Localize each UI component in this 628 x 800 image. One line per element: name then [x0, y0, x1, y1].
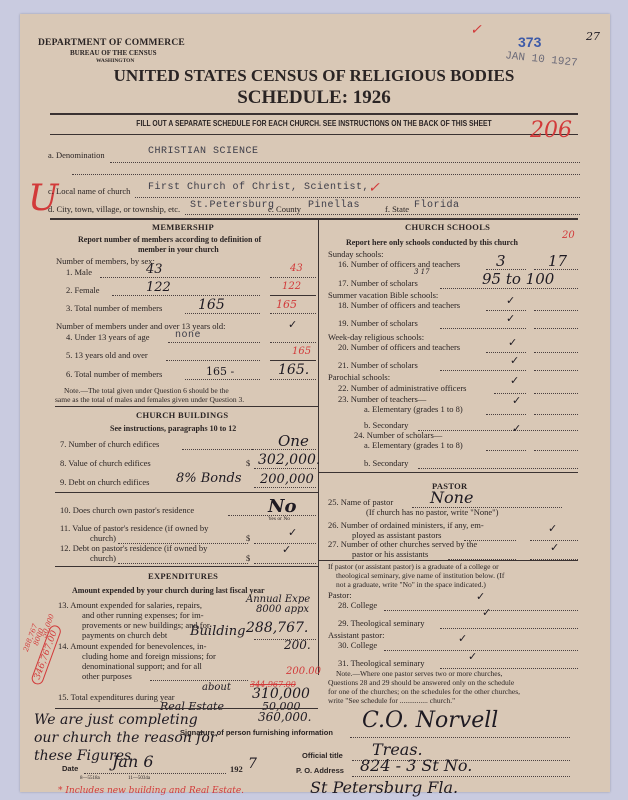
dotted-line — [135, 197, 580, 198]
q4-under13-field[interactable]: none — [175, 330, 201, 341]
address-city-field[interactable]: St Petersburg Fla. — [310, 778, 458, 797]
parochial-schools-label: Parochial schools: — [328, 372, 390, 382]
q4-label: 4. Under 13 years of age — [66, 332, 150, 342]
q16-officers-field[interactable]: 3 — [496, 252, 506, 270]
graduate-instructions-2: theological seminary, give name of insti… — [336, 571, 504, 580]
red-check-icon: ✓ — [368, 180, 380, 196]
dotted-line — [534, 310, 578, 311]
divider — [50, 113, 578, 115]
q29-label: 29. Theological seminary — [338, 618, 424, 628]
dotted-line — [110, 162, 580, 163]
column-divider — [318, 220, 319, 675]
q13-label: 13. Amount expended for salaries, repair… — [58, 600, 202, 610]
dotted-line — [270, 379, 316, 380]
divider — [55, 406, 318, 407]
department-name: DEPARTMENT OF COMMERCE — [38, 38, 185, 48]
pastor-note: Note.—Where one pastor serves two or mor… — [336, 669, 502, 678]
q3-red-check: 165 — [276, 298, 297, 311]
schools-heading: CHURCH SCHOOLS — [405, 222, 490, 232]
dollar-sign: $ — [246, 533, 250, 543]
dotted-line — [534, 352, 578, 353]
divider — [55, 492, 318, 493]
expenditures-sub: Amount expended by your church during la… — [72, 586, 265, 595]
q9-label: 9. Debt on church edifices — [60, 477, 149, 487]
q27-label: 27. Number of other churches served by t… — [328, 539, 477, 549]
q14-amount-field[interactable]: 200. — [284, 638, 311, 652]
check-mark-icon: ✓ — [550, 541, 559, 554]
check-mark-icon: ✓ — [506, 294, 515, 307]
dotted-line — [166, 360, 260, 361]
q22-label: 22. Number of administrative officers — [338, 383, 467, 393]
schedule-title: SCHEDULE: 1926 — [0, 87, 628, 109]
q5-label: 5. 13 years old and over — [66, 350, 148, 360]
dotted-line — [254, 468, 316, 469]
local-name-label: c. Local name of church — [48, 186, 130, 196]
buildings-heading: CHURCH BUILDINGS — [136, 410, 228, 420]
dotted-line — [72, 174, 580, 175]
weekday-schools-label: Week-day religious schools: — [328, 332, 424, 342]
q6-label: 6. Total number of members — [66, 369, 162, 379]
check-mark-icon: ✓ — [510, 374, 519, 387]
q14-red-value: 200.00 — [286, 666, 321, 677]
q16-label: 16. Number of officers and teachers — [338, 259, 460, 269]
q25-label: 25. Name of pastor — [328, 497, 393, 507]
q18-label: 18. Number of officers and teachers — [338, 300, 460, 310]
schools-red-mark: 20 — [562, 230, 575, 241]
q9-bonds-note: 8% Bonds — [176, 471, 242, 486]
bureau-city: WASHINGTON — [96, 58, 134, 64]
local-name-field[interactable]: First Church of Christ, Scientist, — [148, 182, 369, 193]
dotted-line — [534, 328, 578, 329]
dollar-sign: $ — [246, 553, 250, 563]
dotted-line — [486, 450, 526, 451]
dotted-line — [182, 449, 252, 450]
dotted-line — [534, 450, 578, 451]
q9-debt-field[interactable]: 200,000 — [260, 472, 314, 487]
state-label: f. State — [385, 204, 409, 214]
date-field[interactable]: Jan 6 — [112, 752, 154, 771]
pastor-note-2: Questions 28 and 29 should be answered o… — [328, 678, 514, 687]
q10-owns-residence-field[interactable]: No — [268, 496, 296, 517]
dotted-line — [352, 776, 570, 777]
dotted-line — [185, 379, 260, 380]
q6-total-right: 165. — [278, 362, 309, 378]
q2-female-field[interactable]: 122 — [146, 280, 171, 295]
q8-value-field[interactable]: 302,000. — [258, 452, 320, 468]
signature-label: Signature of person furnishing informati… — [180, 728, 333, 737]
expenditures-heading: EXPENDITURES — [148, 571, 218, 581]
divider — [55, 566, 318, 567]
signature-field[interactable]: C.O. Norvell — [362, 708, 498, 733]
dotted-line — [486, 352, 526, 353]
q16-officers-right: 17 — [548, 252, 567, 270]
check-mark-icon: ✓ — [458, 632, 467, 645]
stamp-number: 373 — [518, 34, 541, 50]
dotted-line — [150, 680, 248, 681]
address-label: P. O. Address — [296, 766, 344, 775]
q15-label: 15. Total expenditures during year — [58, 692, 175, 702]
q15-about-note: about — [202, 682, 231, 693]
check-mark-icon: ✓ — [512, 422, 521, 435]
q24b-label: b. Secondary — [364, 458, 408, 468]
bureau-name: BUREAU OF THE CENSUS — [70, 49, 157, 57]
q23b-label: b. Secondary — [364, 420, 408, 430]
q2-red-check: 122 — [282, 281, 301, 292]
fill-instruction: FILL OUT A SEPARATE SCHEDULE FOR EACH CH… — [47, 119, 581, 128]
q12-label-2: church) — [90, 553, 116, 563]
q11-label: 11. Value of pastor's residence (if owne… — [60, 523, 208, 533]
membership-note: Note.—The total given under Question 6 s… — [64, 386, 229, 395]
underline — [270, 360, 316, 361]
q23-label: 23. Number of teachers— — [338, 394, 426, 404]
address-field[interactable]: 824 - 3 St No. — [360, 756, 472, 775]
q17-label: 17. Number of scholars — [338, 278, 418, 288]
q14-label-3: denominational support; and for all — [82, 661, 202, 671]
summer-schools-label: Summer vacation Bible schools: — [328, 290, 438, 300]
corner-mark: 27 — [586, 30, 600, 43]
dotted-line — [534, 414, 578, 415]
county-field[interactable]: Pinellas — [308, 200, 360, 211]
dotted-line — [534, 370, 578, 371]
grand-total: 360,000. — [258, 710, 311, 724]
check-mark-icon: ✓ — [288, 318, 297, 331]
q13-label-4: payments on church debt — [82, 630, 167, 640]
form-code: 8—5518a — [80, 776, 100, 781]
by-sex-label: Number of members, by sex: — [56, 256, 155, 266]
check-mark-icon: ✓ — [512, 394, 521, 407]
dotted-line — [168, 342, 260, 343]
check-mark-icon: ✓ — [510, 354, 519, 367]
q28-label: 28. College — [338, 600, 377, 610]
dotted-line — [440, 370, 526, 371]
state-field[interactable]: Florida — [414, 200, 460, 211]
dotted-line — [440, 288, 578, 289]
underline — [270, 295, 316, 296]
dotted-line — [270, 277, 316, 278]
dotted-line — [118, 563, 248, 564]
form-title: UNITED STATES CENSUS OF RELIGIOUS BODIES — [0, 66, 628, 86]
pastor-sub-label: Pastor: — [328, 590, 352, 600]
denomination-label: a. Denomination — [48, 150, 105, 160]
year-field[interactable]: 7 — [248, 756, 257, 772]
q19-label: 19. Number of scholars — [338, 318, 418, 328]
q10-label: 10. Does church own pastor's residence — [60, 505, 194, 515]
buildings-sub: See instructions, paragraphs 10 to 12 — [110, 424, 236, 433]
q11-label-2: church) — [90, 533, 116, 543]
membership-intro-2: member in your church — [138, 245, 219, 254]
divider — [318, 560, 578, 561]
dotted-line — [254, 487, 316, 488]
pastor-note-4: write "See schedule for ............... … — [328, 696, 455, 705]
q13-amount-field[interactable]: 288,767. — [246, 620, 308, 636]
q17-small-note: 3 17 — [414, 268, 430, 276]
divider — [50, 218, 578, 220]
q12-label: 12. Debt on pastor's residence (if owned… — [60, 543, 207, 553]
q14-label: 14. Amount expended for benevolences, in… — [58, 641, 206, 651]
sunday-schools-label: Sunday schools: — [328, 249, 384, 259]
dotted-line — [84, 773, 226, 774]
graduate-instructions: If pastor (or assistant pastor) is a gra… — [328, 562, 499, 571]
dotted-line — [384, 650, 578, 651]
city-field[interactable]: St.Petersburg — [190, 200, 275, 211]
q26-label: 26. Number of ordained ministers, if any… — [328, 520, 484, 530]
membership-intro: Report number of members according to de… — [78, 235, 261, 244]
form-code-2: 11—5034a — [128, 776, 150, 781]
check-mark-icon: ✓ — [282, 543, 291, 556]
divider — [55, 708, 318, 709]
schools-sub: Report here only schools conducted by th… — [346, 238, 518, 247]
year-prefix: 192 — [230, 764, 243, 774]
q7-label: 7. Number of church edifices — [60, 439, 159, 449]
q25-pastor-name-field[interactable]: None — [430, 488, 473, 507]
q1-label: 1. Male — [66, 267, 92, 277]
check-mark-icon: ✓ — [468, 650, 477, 663]
assistant-pastor-label: Assistant pastor: — [328, 630, 384, 640]
check-mark-icon: ✓ — [506, 312, 515, 325]
dollar-sign: $ — [246, 458, 250, 468]
yes-no-hint: Yes or No — [268, 516, 290, 522]
q24a-label: a. Elementary (grades 1 to 8) — [364, 440, 463, 450]
check-mark-icon: ✓ — [508, 336, 517, 349]
q1-red-check: 43 — [290, 263, 303, 274]
dotted-line — [350, 737, 570, 738]
red-reference-number: 206 — [530, 118, 572, 143]
dotted-line — [270, 313, 316, 314]
check-mark-icon: ✓ — [482, 606, 491, 619]
q30-label: 30. College — [338, 640, 377, 650]
q31-label: 31. Theological seminary — [338, 658, 424, 668]
dotted-line — [486, 310, 526, 311]
dotted-line — [418, 468, 578, 469]
q7-edifices-field[interactable]: One — [278, 432, 309, 450]
q27-label-2: pastor or his assistants — [352, 549, 428, 559]
city-label: d. City, town, village, or township, etc… — [48, 204, 180, 214]
dotted-line — [112, 295, 260, 296]
q17-scholars-field[interactable]: 95 to 100 — [482, 270, 554, 288]
dotted-line — [440, 628, 578, 629]
red-check-icon: ✓ — [470, 22, 482, 38]
dotted-line — [384, 610, 578, 611]
dotted-line — [486, 414, 526, 415]
divider — [50, 134, 578, 135]
check-mark-icon: ✓ — [548, 522, 557, 535]
dotted-line — [440, 328, 526, 329]
remark-line-1: We are just completing — [34, 712, 198, 728]
q13-approx-note: 8000 appx — [256, 604, 309, 615]
dotted-line — [185, 313, 260, 314]
check-mark-icon: ✓ — [288, 526, 297, 539]
official-title-label: Official title — [302, 751, 343, 760]
divider — [318, 472, 578, 473]
q24-label: 24. Number of scholars— — [354, 430, 442, 440]
check-mark-icon: ✓ — [476, 590, 485, 603]
q23a-label: a. Elementary (grades 1 to 8) — [364, 404, 463, 414]
q2-label: 2. Female — [66, 285, 100, 295]
dotted-line — [254, 563, 316, 564]
denomination-field[interactable]: CHRISTIAN SCIENCE — [148, 146, 259, 157]
pastor-note-3: for one of the churches; on the schedule… — [328, 687, 520, 696]
dotted-line — [100, 277, 260, 278]
q6-total-field[interactable]: 165 - — [206, 365, 234, 378]
county-label: e. County — [268, 204, 301, 214]
q3-total-field[interactable]: 165 — [198, 297, 225, 313]
q5-red-value: 165 — [292, 346, 311, 357]
dotted-line — [270, 342, 316, 343]
q13-building-note: Building — [190, 624, 245, 639]
q14-label-4: other purposes — [82, 671, 132, 681]
q25-hint: (If church has no pastor, write "None") — [366, 507, 498, 517]
red-footnote: * Includes new building and Real Estate. — [58, 786, 244, 796]
q3-label: 3. Total number of members — [66, 303, 162, 313]
q1-male-field[interactable]: 43 — [146, 262, 163, 277]
q13-label-2: and other running expenses; for im- — [82, 610, 204, 620]
dotted-line — [185, 214, 580, 215]
q20-label: 20. Number of officers and teachers — [338, 342, 460, 352]
q14-label-2: cluding home and foreign missions; for — [82, 651, 216, 661]
date-label: Date — [62, 764, 78, 773]
membership-note-2: same as the total of males and females g… — [55, 395, 244, 404]
graduate-instructions-3: not a graduate, write "No" in the space … — [336, 580, 486, 589]
q8-label: 8. Value of church edifices — [60, 458, 151, 468]
q21-label: 21. Number of scholars — [338, 360, 418, 370]
dotted-line — [534, 393, 578, 394]
membership-heading: MEMBERSHIP — [152, 222, 214, 232]
